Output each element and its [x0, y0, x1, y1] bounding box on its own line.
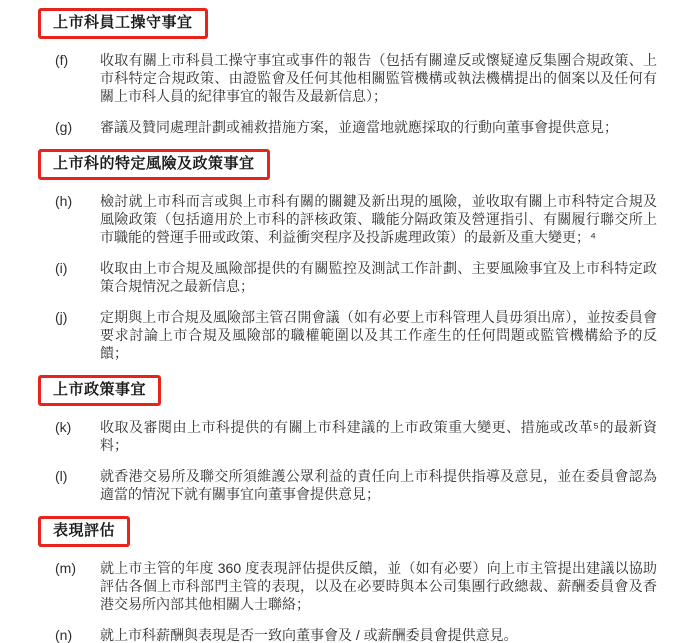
list-item: (k) 收取及審閱由上市科提供的有關上市科建議的上市政策重大變更、措施或改革⁵的…	[55, 418, 657, 454]
section-listing-policy-matters: 上市政策事宜 (k) 收取及審閱由上市科提供的有關上市科建議的上市政策重大變更、…	[38, 375, 657, 503]
list-item: (n) 就上市科薪酬與表現是否一致向董事會及 / 或薪酬委員會提供意見。	[55, 626, 657, 643]
list-item: (j) 定期與上市合規及風險部主管召開會議（如有必要上市科管理人員毋須出席），並…	[55, 308, 657, 362]
item-label: (h)	[55, 192, 100, 246]
item-label: (g)	[55, 118, 100, 136]
item-label: (m)	[55, 559, 100, 613]
section-heading-wrap: 上市科的特定風險及政策事宜	[38, 149, 657, 180]
item-label: (i)	[55, 259, 100, 295]
document-page: 上市科員工操守事宜 (f) 收取有關上市科員工操守事宜或事件的報告（包括有關違反…	[38, 8, 657, 643]
item-text: 就上市科薪酬與表現是否一致向董事會及 / 或薪酬委員會提供意見。	[100, 626, 657, 643]
list-item: (f) 收取有關上市科員工操守事宜或事件的報告（包括有關違反或懷疑違反集團合規政…	[55, 51, 657, 105]
item-text: 就香港交易所及聯交所須維護公眾利益的責任向上市科提供指導及意見，並在委員會認為適…	[100, 467, 657, 503]
item-text: 審議及贊同處理計劃或補救措施方案，並適當地就應採取的行動向董事會提供意見；	[100, 118, 657, 136]
item-text: 就上市主管的年度 360 度表現評估提供反饋，並（如有必要）向上市主管提出建議以…	[100, 559, 657, 613]
item-label: (j)	[55, 308, 100, 362]
item-label: (f)	[55, 51, 100, 105]
section-heading-wrap: 表現評估	[38, 516, 657, 547]
section-heading-wrap: 上市政策事宜	[38, 375, 657, 406]
item-text: 收取由上市合規及風險部提供的有關監控及測試工作計劃、主要風險事宜及上市科特定政策…	[100, 259, 657, 295]
item-text: 收取及審閱由上市科提供的有關上市科建議的上市政策重大變更、措施或改革⁵的最新資料…	[100, 418, 657, 454]
section-risk-policy-matters: 上市科的特定風險及政策事宜 (h) 檢討就上市科而言或與上市科有關的關鍵及新出現…	[38, 149, 657, 362]
section-heading: 上市科的特定風險及政策事宜	[38, 149, 270, 180]
section-heading: 表現評估	[38, 516, 130, 547]
item-text: 檢討就上市科而言或與上市科有關的關鍵及新出現的風險，並收取有關上市科特定合規及風…	[100, 192, 657, 246]
item-label: (k)	[55, 418, 100, 454]
section-heading: 上市科員工操守事宜	[38, 8, 208, 39]
list-item: (h) 檢討就上市科而言或與上市科有關的關鍵及新出現的風險，並收取有關上市科特定…	[55, 192, 657, 246]
section-heading-wrap: 上市科員工操守事宜	[38, 8, 657, 39]
section-heading: 上市政策事宜	[38, 375, 161, 406]
list-item: (g) 審議及贊同處理計劃或補救措施方案，並適當地就應採取的行動向董事會提供意見…	[55, 118, 657, 136]
item-text: 定期與上市合規及風險部主管召開會議（如有必要上市科管理人員毋須出席），並按委員會…	[100, 308, 657, 362]
list-item: (m) 就上市主管的年度 360 度表現評估提供反饋，並（如有必要）向上市主管提…	[55, 559, 657, 613]
item-label: (l)	[55, 467, 100, 503]
list-item: (i) 收取由上市合規及風險部提供的有關監控及測試工作計劃、主要風險事宜及上市科…	[55, 259, 657, 295]
list-item: (l) 就香港交易所及聯交所須維護公眾利益的責任向上市科提供指導及意見，並在委員…	[55, 467, 657, 503]
item-text: 收取有關上市科員工操守事宜或事件的報告（包括有關違反或懷疑違反集團合規政策、上市…	[100, 51, 657, 105]
item-label: (n)	[55, 626, 100, 643]
section-performance-appraisal: 表現評估 (m) 就上市主管的年度 360 度表現評估提供反饋，並（如有必要）向…	[38, 516, 657, 643]
section-listing-staff-conduct: 上市科員工操守事宜 (f) 收取有關上市科員工操守事宜或事件的報告（包括有關違反…	[38, 8, 657, 136]
